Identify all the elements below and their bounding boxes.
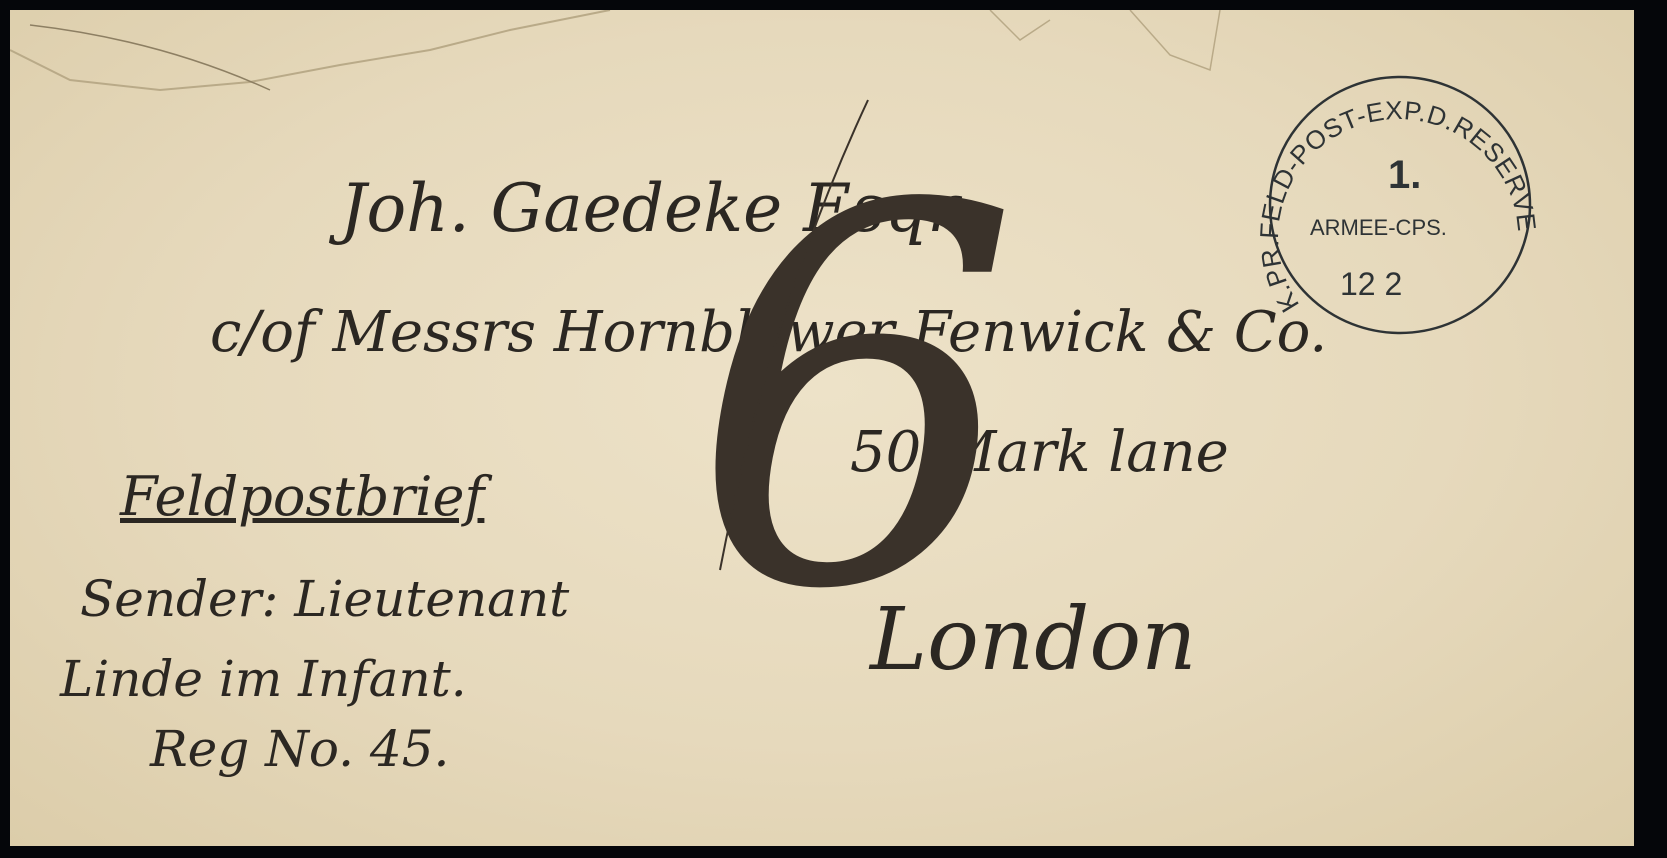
sender-line-2: Linde im Infant. xyxy=(60,650,467,708)
svg-text:12 2: 12 2 xyxy=(1340,266,1402,302)
envelope: K.PR.FELD-POST-EXP.D.RESERVE 1. ARMEE-CP… xyxy=(10,10,1634,846)
rate-marking: 6 xyxy=(690,140,1021,660)
svg-text:ARMEE-CPS.: ARMEE-CPS. xyxy=(1310,215,1447,240)
sender-line-3: Reg No. 45. xyxy=(150,720,449,778)
sender-heading: Feldpostbrief xyxy=(120,465,484,528)
svg-text:1.: 1. xyxy=(1388,153,1421,197)
sender-line-1: Sender: Lieutenant xyxy=(80,570,569,628)
